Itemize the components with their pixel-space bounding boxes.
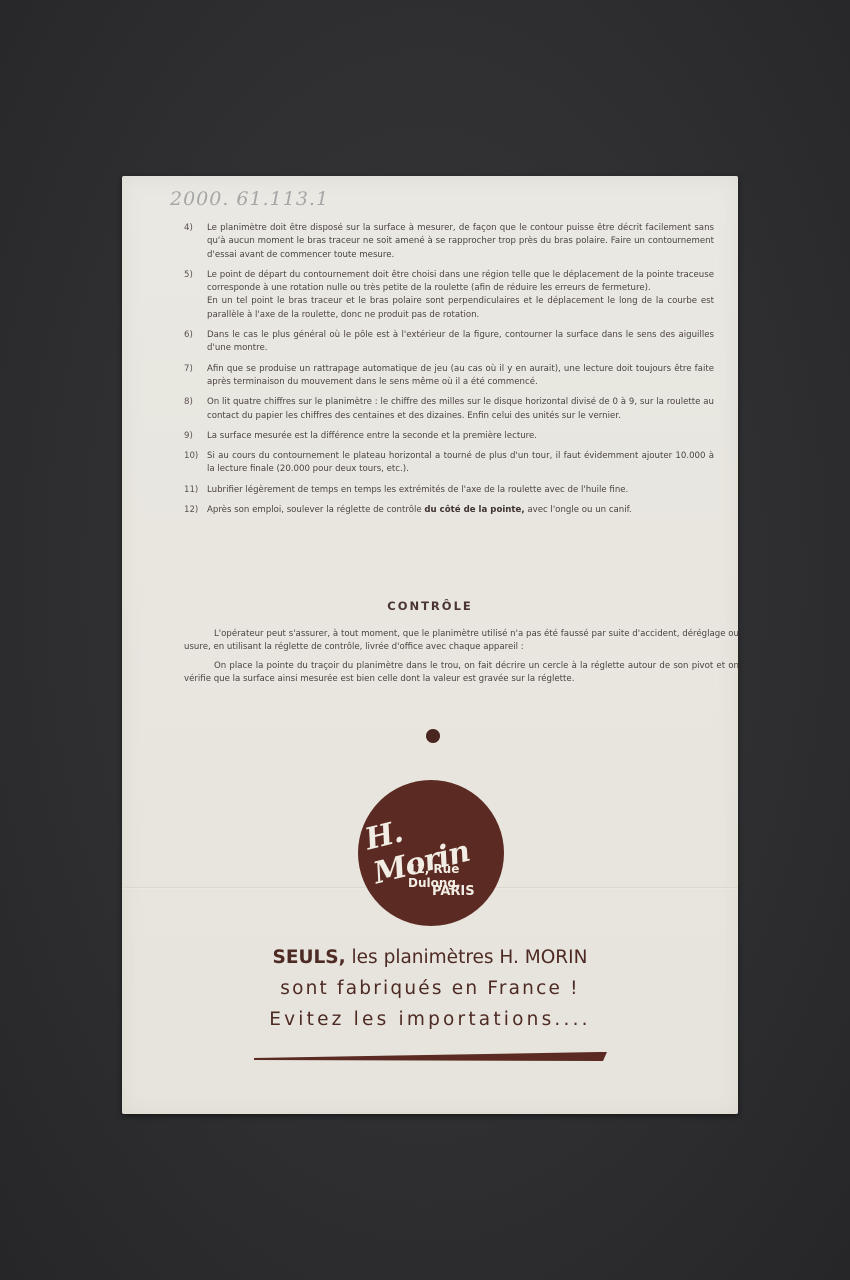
item-number: 7) <box>184 363 207 390</box>
item-paragraph: Si au cours du contournement le plateau … <box>207 450 714 477</box>
instruction-item: 6)Dans le cas le plus général où le pôle… <box>184 329 714 356</box>
instruction-item: 5)Le point de départ du contournement do… <box>184 269 714 322</box>
item-number: 12) <box>184 504 207 517</box>
slogan-bold-word: SEULS, <box>273 947 346 968</box>
control-paragraph: L'opérateur peut s'assurer, à tout momen… <box>184 628 739 655</box>
morin-logo: H. Morin 11, Rue Dulong. PARIS <box>358 780 504 926</box>
item-text: Si au cours du contournement le plateau … <box>207 450 714 477</box>
item-text: Le point de départ du contournement doit… <box>207 269 714 322</box>
punched-hole <box>426 729 440 743</box>
item-paragraph: Lubrifier légèrement de temps en temps l… <box>207 484 714 497</box>
item-number: 8) <box>184 396 207 423</box>
slogan-underline-swash <box>254 1052 607 1061</box>
instruction-sheet: 2000. 61.113.1 4)Le planimètre doit être… <box>122 176 738 1114</box>
item-number: 4) <box>184 222 207 262</box>
slogan-line-2: sont fabriqués en France ! <box>122 973 738 1004</box>
logo-city: PARIS <box>432 884 475 899</box>
item-paragraph: En un tel point le bras traceur et le br… <box>207 295 714 322</box>
control-section-text: L'opérateur peut s'assurer, à tout momen… <box>184 628 739 691</box>
item-number: 5) <box>184 269 207 322</box>
item-number: 11) <box>184 484 207 497</box>
instruction-list: 4)Le planimètre doit être disposé sur la… <box>184 222 714 524</box>
item-text: Le planimètre doit être disposé sur la s… <box>207 222 714 262</box>
item-text: La surface mesurée est la différence ent… <box>207 430 714 443</box>
item-paragraph: Le point de départ du contournement doit… <box>207 269 714 296</box>
slogan: SEULS, les planimètres H. MORIN sont fab… <box>122 942 738 1035</box>
item-paragraph: Afin que se produise un rattrapage autom… <box>207 363 714 390</box>
item-text: Afin que se produise un rattrapage autom… <box>207 363 714 390</box>
instruction-item: 9)La surface mesurée est la différence e… <box>184 430 714 443</box>
slogan-line-1-rest: les planimètres H. MORIN <box>346 947 588 968</box>
item-number: 10) <box>184 450 207 477</box>
item-paragraph: Dans le cas le plus général où le pôle e… <box>207 329 714 356</box>
handwritten-inventory-number: 2000. 61.113.1 <box>170 188 329 210</box>
section-title-controle: CONTRÔLE <box>122 599 738 613</box>
instruction-item: 11)Lubrifier légèrement de temps en temp… <box>184 484 714 497</box>
instruction-item: 7)Afin que se produise un rattrapage aut… <box>184 363 714 390</box>
item-text: Dans le cas le plus général où le pôle e… <box>207 329 714 356</box>
item-text: On lit quatre chiffres sur le planimètre… <box>207 396 714 423</box>
slogan-line-3: Evitez les importations.... <box>122 1004 738 1035</box>
item-paragraph: La surface mesurée est la différence ent… <box>207 430 714 443</box>
instruction-item: 12)Après son emploi, soulever la réglett… <box>184 504 714 517</box>
instruction-item: 4)Le planimètre doit être disposé sur la… <box>184 222 714 262</box>
slogan-line-1: SEULS, les planimètres H. MORIN <box>122 942 738 973</box>
item-paragraph: On lit quatre chiffres sur le planimètre… <box>207 396 714 423</box>
item-paragraph: Après son emploi, soulever la réglette d… <box>207 504 714 517</box>
item-text-pre: Après son emploi, soulever la réglette d… <box>207 505 424 515</box>
item-paragraph: Le planimètre doit être disposé sur la s… <box>207 222 714 262</box>
item-text: Lubrifier légèrement de temps en temps l… <box>207 484 714 497</box>
item-text: Après son emploi, soulever la réglette d… <box>207 504 714 517</box>
item-text-emphasis: du côté de la pointe, <box>424 505 524 515</box>
instruction-item: 10)Si au cours du contournement le plate… <box>184 450 714 477</box>
control-paragraph: On place la pointe du traçoir du planimè… <box>184 660 739 687</box>
instruction-item: 8)On lit quatre chiffres sur le planimèt… <box>184 396 714 423</box>
item-number: 9) <box>184 430 207 443</box>
item-number: 6) <box>184 329 207 356</box>
item-text-post: avec l'ongle ou un canif. <box>525 505 632 515</box>
